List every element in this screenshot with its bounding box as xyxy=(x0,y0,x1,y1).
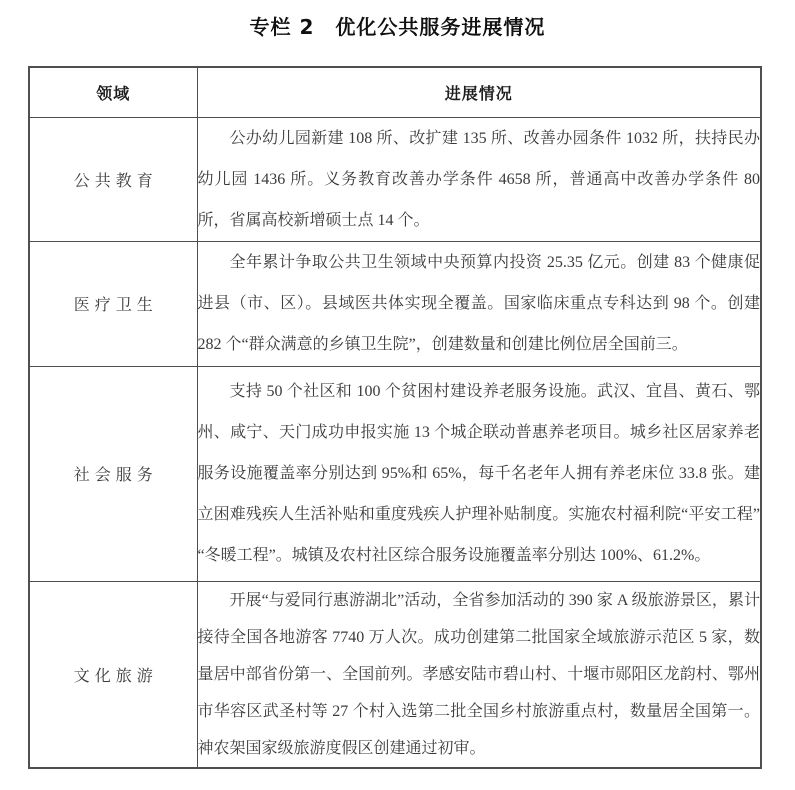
progress-text: 公办幼儿园新建 108 所、改扩建 135 所、改善办园条件 1032 所，扶持… xyxy=(198,118,761,241)
progress-cell: 全年累计争取公共卫生领域中央预算内投资 25.35 亿元。创建 83 个健康促进… xyxy=(197,241,761,366)
table-header-row: 领域 进展情况 xyxy=(29,67,761,117)
header-cell-progress: 进展情况 xyxy=(197,67,761,117)
field-cell: 文化旅游 xyxy=(29,581,197,768)
field-cell: 医疗卫生 xyxy=(29,241,197,366)
field-label: 文化旅游 xyxy=(74,668,158,685)
progress-text: 全年累计争取公共卫生领域中央预算内投资 25.35 亿元。创建 83 个健康促进… xyxy=(198,242,761,365)
document-page: 专栏 2 优化公共服务进展情况 领域 进展情况 公共教育公办幼儿园新建 108 … xyxy=(0,0,795,790)
progress-table: 领域 进展情况 公共教育公办幼儿园新建 108 所、改扩建 135 所、改善办园… xyxy=(28,66,762,769)
table-row: 公共教育公办幼儿园新建 108 所、改扩建 135 所、改善办园条件 1032 … xyxy=(29,117,761,241)
table-body: 公共教育公办幼儿园新建 108 所、改扩建 135 所、改善办园条件 1032 … xyxy=(29,117,761,768)
header-cell-field: 领域 xyxy=(29,67,197,117)
field-cell: 公共教育 xyxy=(29,117,197,241)
field-label: 医疗卫生 xyxy=(74,297,158,314)
table-row: 文化旅游开展“与爱同行惠游湖北”活动，全省参加活动的 390 家 A 级旅游景区… xyxy=(29,581,761,768)
field-label: 社会服务 xyxy=(74,467,158,484)
table-row: 医疗卫生全年累计争取公共卫生领域中央预算内投资 25.35 亿元。创建 83 个… xyxy=(29,241,761,366)
progress-text: 开展“与爱同行惠游湖北”活动，全省参加活动的 390 家 A 级旅游景区，累计接… xyxy=(198,582,761,767)
page-title: 专栏 2 优化公共服务进展情况 xyxy=(0,0,795,40)
progress-cell: 支持 50 个社区和 100 个贫困村建设养老服务设施。武汉、宜昌、黄石、鄂州、… xyxy=(197,366,761,581)
field-label: 公共教育 xyxy=(74,173,158,190)
table-row: 社会服务支持 50 个社区和 100 个贫困村建设养老服务设施。武汉、宜昌、黄石… xyxy=(29,366,761,581)
progress-cell: 公办幼儿园新建 108 所、改扩建 135 所、改善办园条件 1032 所，扶持… xyxy=(197,117,761,241)
field-cell: 社会服务 xyxy=(29,366,197,581)
progress-cell: 开展“与爱同行惠游湖北”活动，全省参加活动的 390 家 A 级旅游景区，累计接… xyxy=(197,581,761,768)
progress-text: 支持 50 个社区和 100 个贫困村建设养老服务设施。武汉、宜昌、黄石、鄂州、… xyxy=(198,371,761,576)
